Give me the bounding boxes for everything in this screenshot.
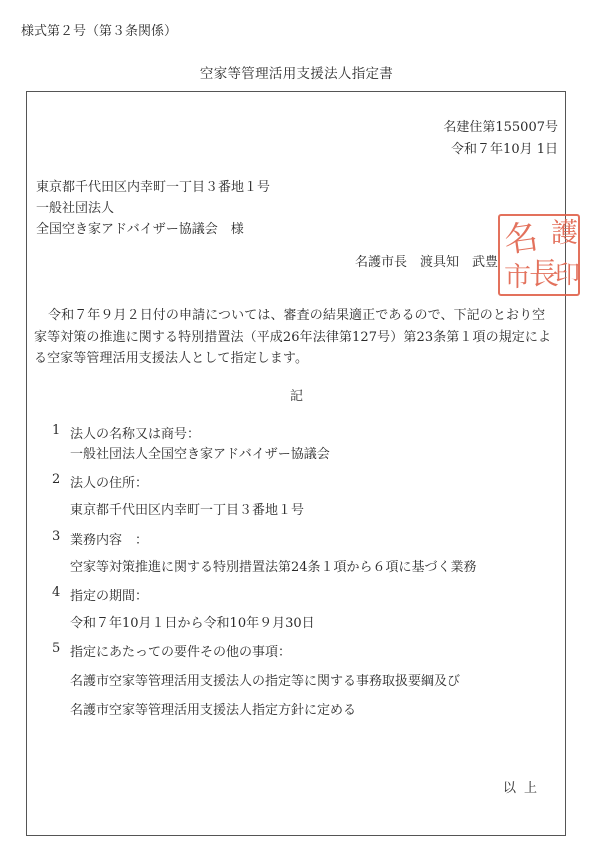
item-label-requirements: 指定にあたっての要件その他の事項：: [70, 641, 291, 660]
item-value-period: 令和７年10月１日から令和10年９月30日: [70, 612, 315, 631]
seal-char-go: 護: [551, 220, 578, 247]
document-title: 空家等管理活用支援法人指定書: [0, 62, 593, 82]
seal-char-in: 印: [555, 262, 580, 287]
item-label-address: 法人の住所：: [70, 472, 148, 491]
item-number: 2: [52, 472, 60, 487]
item-value-name: 一般社団法人全国空き家アドバイザー協議会: [70, 443, 330, 462]
item-label-period: 指定の期間：: [70, 585, 148, 604]
form-number: 様式第２号（第３条関係）: [21, 20, 177, 39]
seal-char-na: 名: [502, 220, 540, 258]
addressee-address: 東京都千代田区内幸町一丁目３番地１号: [36, 176, 270, 195]
issue-date: 令和７年10月 1日: [451, 138, 558, 157]
item-label-name: 法人の名称又は商号：: [70, 423, 200, 442]
seal-char-shi: 市: [504, 264, 531, 291]
official-seal-stamp: 名 護 市 長 印: [498, 214, 580, 296]
item-number: 5: [52, 641, 60, 656]
item-number: 1: [52, 423, 60, 438]
designation-paragraph: 令和７年９月２日付の申請については、審査の結果適正であるので、下記のとおり空家等…: [34, 305, 558, 370]
addressee-org-type: 一般社団法人: [36, 197, 114, 216]
item-number: 4: [52, 585, 60, 600]
item-label-business: 業務内容 ：: [70, 529, 148, 548]
ki-heading: 記: [0, 385, 593, 404]
issuer-signature: 名護市長 渡具知 武豊: [355, 251, 498, 270]
item-value-business: 空家等対策推進に関する特別措置法第24条１項から６項に基づく業務: [70, 556, 477, 575]
item-value-address: 東京都千代田区内幸町一丁目３番地１号: [70, 499, 304, 518]
item-value-requirements-line1: 名護市空家等管理活用支援法人の指定等に関する事務取扱要綱及び: [70, 670, 460, 689]
item-number: 3: [52, 529, 60, 544]
addressee-org-name: 全国空き家アドバイザー協議会 様: [36, 218, 244, 237]
closing-ijo: 以上: [503, 777, 545, 796]
item-value-requirements-line2: 名護市空家等管理活用支援法人指定方針に定める: [70, 699, 356, 718]
document-number: 名建住第155007号: [443, 116, 558, 135]
